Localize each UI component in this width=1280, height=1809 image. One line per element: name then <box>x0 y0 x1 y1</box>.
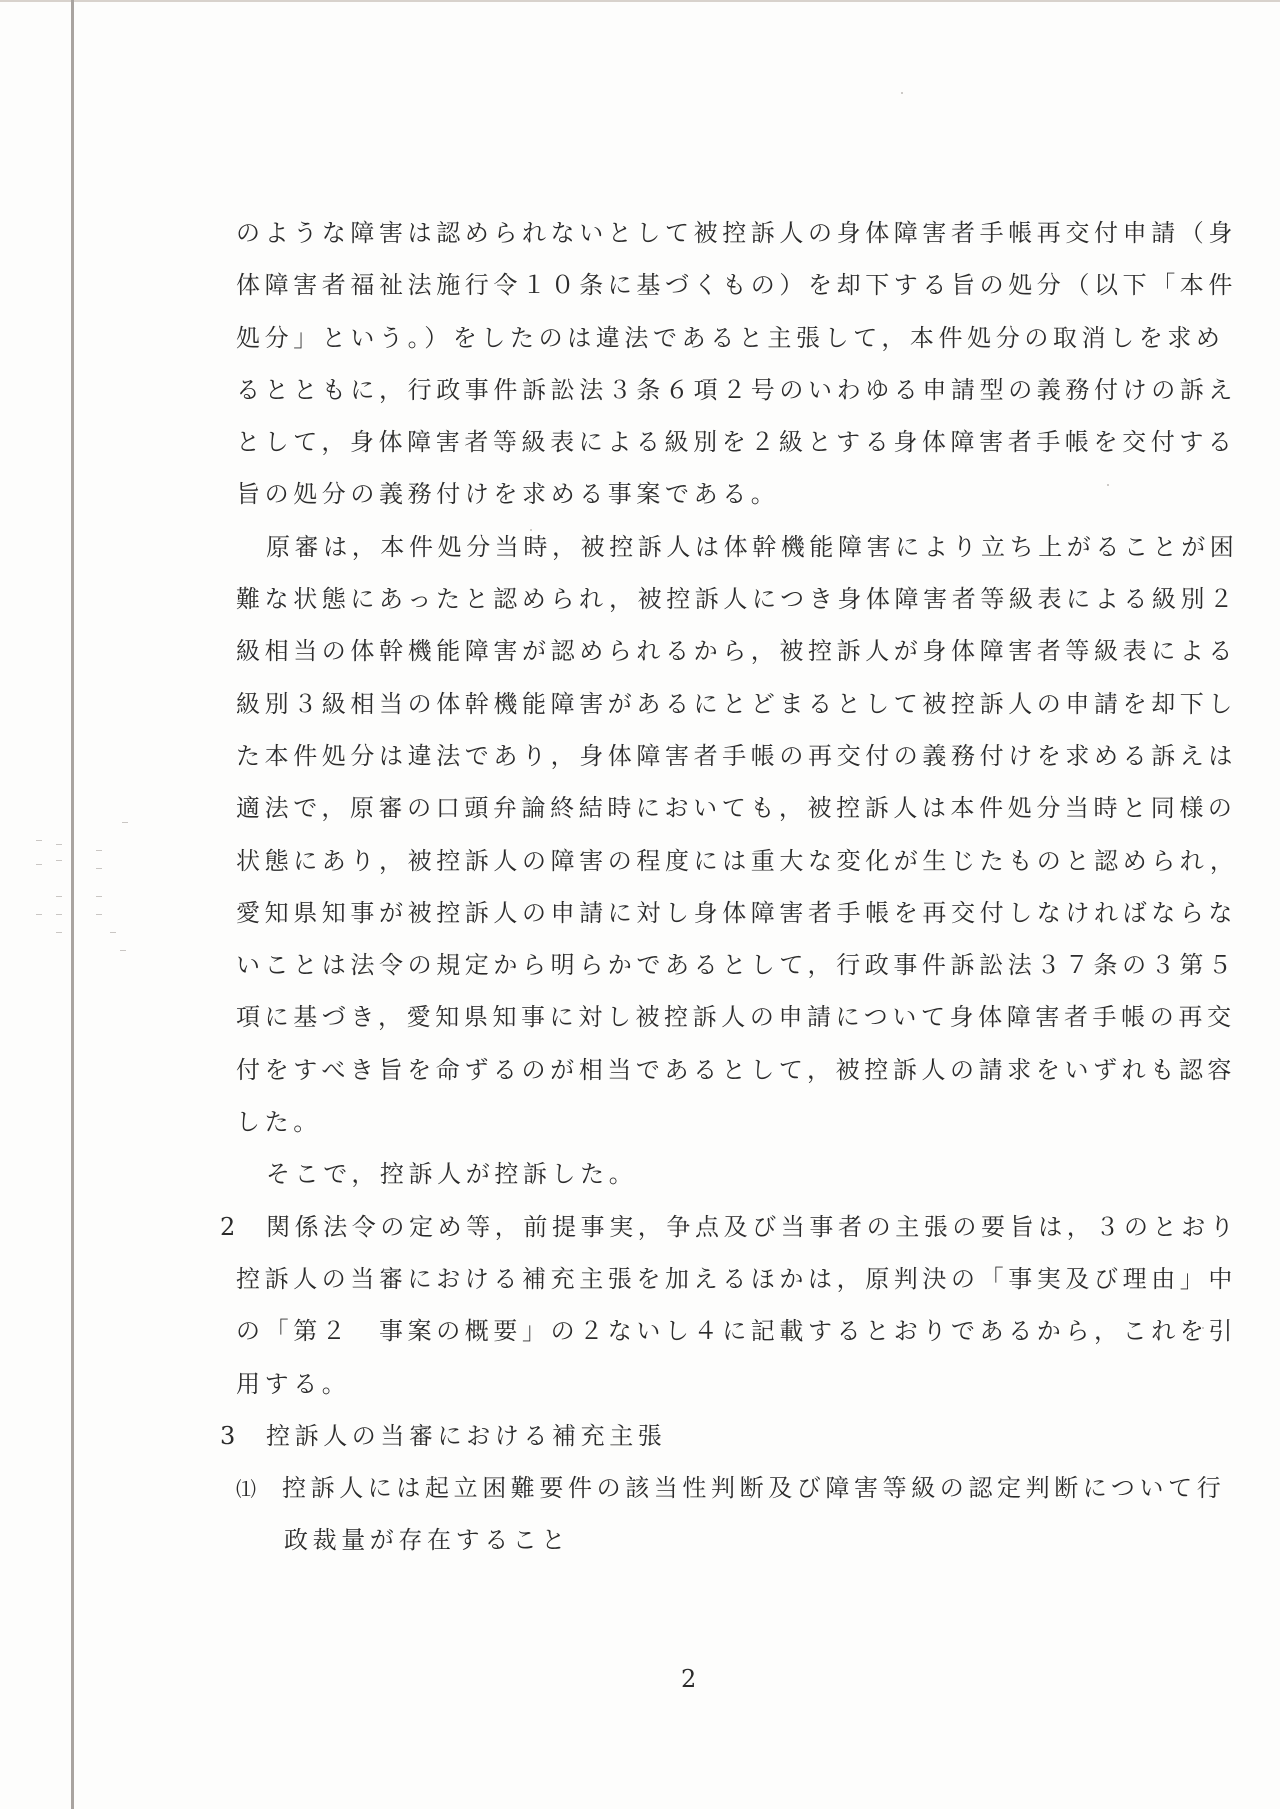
scan-speck <box>1202 1327 1204 1329</box>
text-line: 愛知県知事が被控訴人の申請に対し身体障害者手帳を再交付しなければならな <box>236 887 1186 939</box>
text-line: 級別３級相当の体幹機能障害があるにとどまるとして被控訴人の申請を却下し <box>236 678 1186 730</box>
scan-speck <box>530 529 532 531</box>
text-line: 原審は，本件処分当時，被控訴人は体幹機能障害により立ち上がることが困 <box>236 521 1186 573</box>
section-3: 3控訴人の当審における補充主張 ⑴控訴人には起立困難要件の該当性判断及び障害等級… <box>236 1410 1186 1567</box>
body-text: のような障害は認められないとして被控訴人の身体障害者手帳再交付申請（身 体障害者… <box>236 207 1186 1567</box>
document-page: のような障害は認められないとして被控訴人の身体障害者手帳再交付申請（身 体障害者… <box>0 0 1280 1809</box>
scan-artifacts <box>30 840 170 980</box>
subsection-number: ⑴ <box>236 1463 282 1515</box>
scan-speck <box>901 92 903 94</box>
section-2-first-line: 2関係法令の定め等，前提事実，争点及び当事者の主張の要旨は，３のとおり <box>220 1201 1186 1253</box>
text-line: 旨の処分の義務付けを求める事案である。 <box>236 468 1186 520</box>
text-line: 政裁量が存在すること <box>236 1514 1186 1566</box>
text-line: 処分」という。）をしたのは違法であると主張して，本件処分の取消しを求め <box>236 312 1186 364</box>
intro-paragraph: のような障害は認められないとして被控訴人の身体障害者手帳再交付申請（身 体障害者… <box>236 207 1186 521</box>
page-number: 2 <box>681 1665 696 1693</box>
section-number: 3 <box>220 1410 266 1462</box>
text-line: 控訴人には起立困難要件の該当性判断及び障害等級の認定判断について行 <box>282 1474 1225 1502</box>
text-line: 難な状態にあったと認められ，被控訴人につき身体障害者等級表による級別２ <box>236 573 1186 625</box>
text-line: 関係法令の定め等，前提事実，争点及び当事者の主張の要旨は，３のとおり <box>266 1213 1238 1241</box>
section-3-heading: 3控訴人の当審における補充主張 <box>220 1410 1186 1462</box>
text-line: として，身体障害者等級表による級別を２級とする身体障害者手帳を交付する <box>236 416 1186 468</box>
text-line: した。 <box>236 1096 1186 1148</box>
text-line: 体障害者福祉法施行令１０条に基づくもの）を却下する旨の処分（以下「本件 <box>236 259 1186 311</box>
text-line: 級相当の体幹機能障害が認められるから，被控訴人が身体障害者等級表による <box>236 625 1186 677</box>
text-line: 項に基づき，愛知県知事に対し被控訴人の申請について身体障害者手帳の再交 <box>236 991 1186 1043</box>
subsection-1-first-line: ⑴控訴人には起立困難要件の該当性判断及び障害等級の認定判断について行 <box>236 1462 1186 1514</box>
text-line: た本件処分は違法であり，身体障害者手帳の再交付の義務付けを求める訴えは <box>236 730 1186 782</box>
text-line: るとともに，行政事件訴訟法３条６項２号のいわゆる申請型の義務付けの訴え <box>236 364 1186 416</box>
original-judgment-paragraph: 原審は，本件処分当時，被控訴人は体幹機能障害により立ち上がることが困 難な状態に… <box>236 521 1186 1149</box>
text-line: の「第２ 事案の概要」の２ないし４に記載するとおりであるから，これを引 <box>236 1305 1186 1357</box>
section-title: 控訴人の当審における補充主張 <box>266 1422 666 1450</box>
text-line: 付をすべき旨を命ずるのが相当であるとして，被控訴人の請求をいずれも認容 <box>236 1044 1186 1096</box>
text-line: 用する。 <box>236 1358 1186 1410</box>
section-2: 2関係法令の定め等，前提事実，争点及び当事者の主張の要旨は，３のとおり 控訴人の… <box>236 1201 1186 1410</box>
scan-speck <box>527 1483 529 1485</box>
appeal-paragraph: そこで，控訴人が控訴した。 <box>236 1148 1186 1200</box>
text-line: いことは法令の規定から明らかであるとして，行政事件訴訟法３７条の３第５ <box>236 939 1186 991</box>
text-line: 適法で，原審の口頭弁論終結時においても，被控訴人は本件処分当時と同様の <box>236 782 1186 834</box>
text-line: のような障害は認められないとして被控訴人の身体障害者手帳再交付申請（身 <box>236 207 1186 259</box>
subsection-1: ⑴控訴人には起立困難要件の該当性判断及び障害等級の認定判断について行 政裁量が存… <box>236 1462 1186 1567</box>
page-top-edge <box>0 0 1280 2</box>
text-line: 控訴人の当審における補充主張を加えるほかは，原判決の「事実及び理由」中 <box>236 1253 1186 1305</box>
scan-speck <box>1107 484 1109 486</box>
section-number: 2 <box>220 1201 266 1253</box>
text-line: 状態にあり，被控訴人の障害の程度には重大な変化が生じたものと認められ， <box>236 835 1186 887</box>
